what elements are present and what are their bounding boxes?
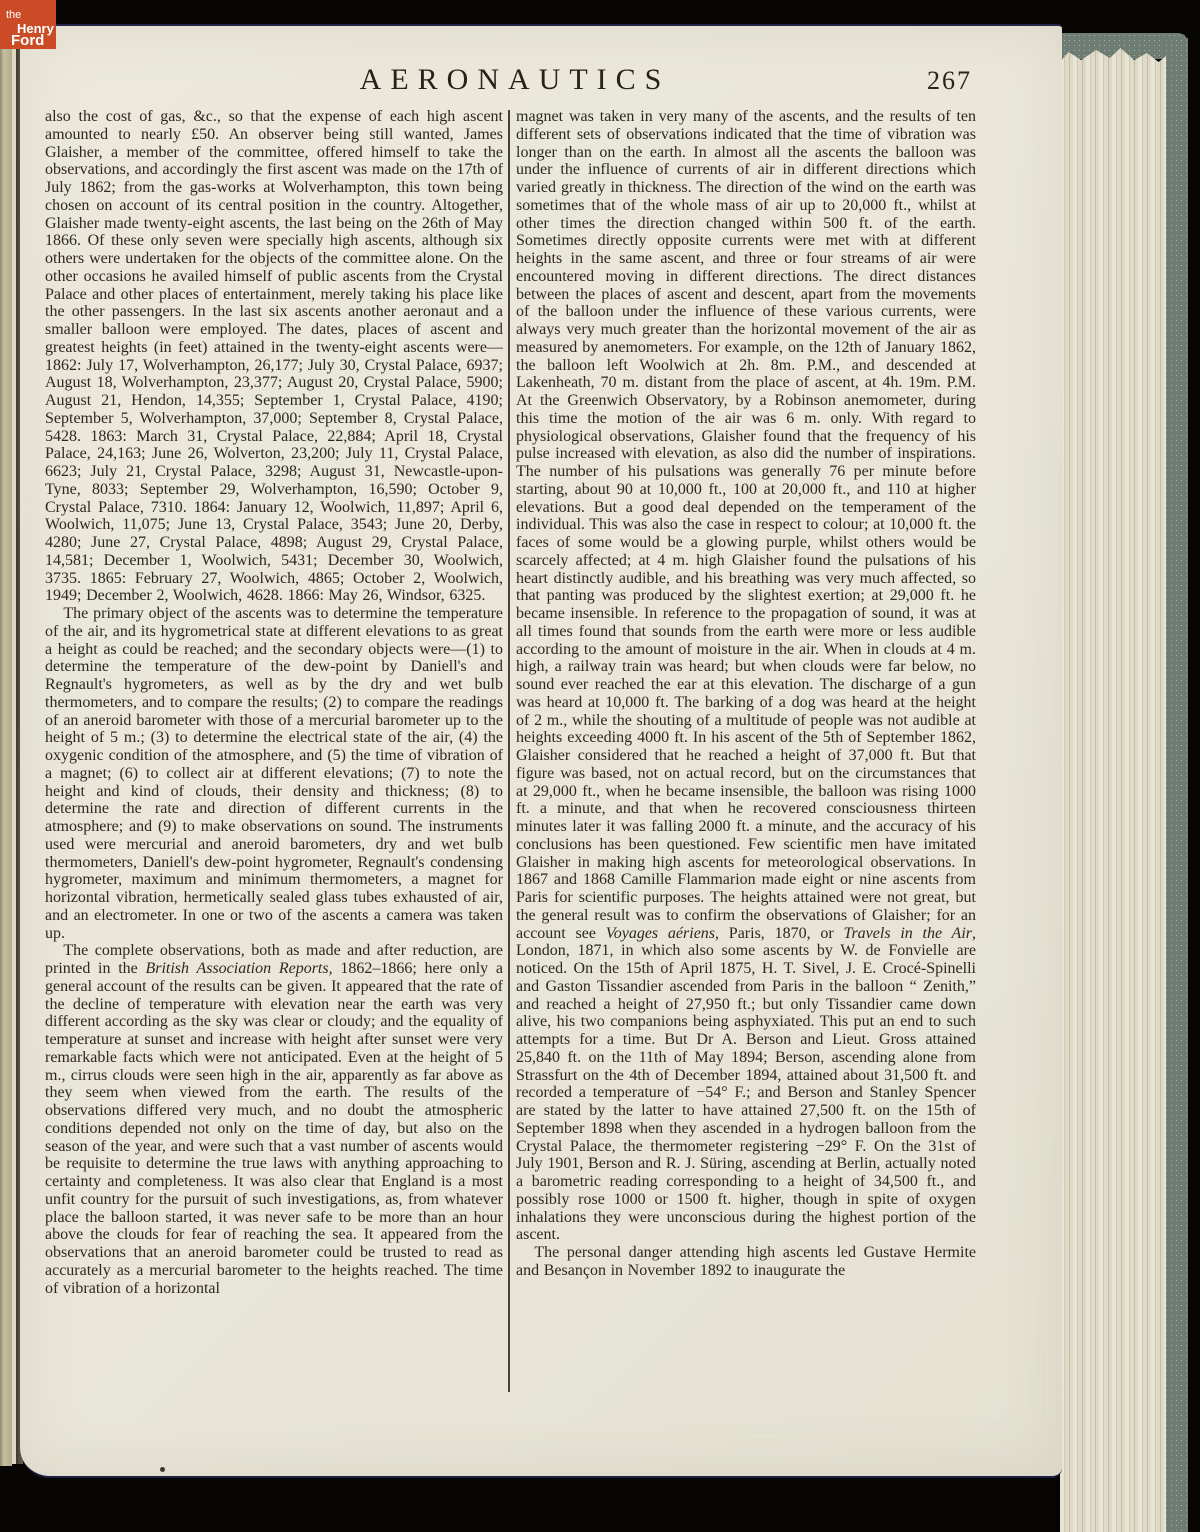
logo-word-ford: Ford: [11, 33, 44, 48]
book-cover-cloth-side: [1164, 38, 1188, 1532]
paragraph: The personal danger attending high ascen…: [516, 1244, 976, 1280]
logo-word-the: the: [6, 10, 21, 21]
italic-text: Travels in the Air: [843, 925, 972, 942]
body-text: , 1862–1866; here only a general account…: [45, 960, 503, 1297]
body-text: also the cost of gas, &c., so that the e…: [45, 108, 503, 604]
page-masthead: AERONAUTICS 267: [45, 60, 976, 108]
paragraph: The complete observations, both as made …: [45, 942, 503, 1297]
ink-speck: [160, 1467, 165, 1472]
book-page: AERONAUTICS 267 also the cost of gas, &c…: [20, 24, 1062, 1478]
left-column: also the cost of gas, &c., so that the e…: [45, 108, 503, 1392]
paragraph: The primary object of the ascents was to…: [45, 605, 503, 942]
body-text: , London, 1871, in which also some ascen…: [516, 925, 976, 1244]
body-text: , Paris, 1870, or: [715, 925, 843, 942]
italic-text: Voyages aériens: [606, 925, 715, 942]
page-content: AERONAUTICS 267 also the cost of gas, &c…: [45, 60, 976, 1392]
body-text: The personal danger attending high ascen…: [516, 1244, 976, 1279]
body-text: magnet was taken in very many of the asc…: [516, 108, 976, 942]
italic-text: British Association Reports: [145, 960, 328, 977]
column-rule: [508, 110, 510, 1392]
body-text: The primary object of the ascents was to…: [45, 605, 503, 942]
text-columns: also the cost of gas, &c., so that the e…: [45, 108, 976, 1392]
paragraph: magnet was taken in very many of the asc…: [516, 108, 976, 1244]
right-column: magnet was taken in very many of the asc…: [516, 108, 976, 1392]
book-gutter-edge: [0, 16, 12, 1466]
henry-ford-logo: the Henry Ford: [0, 0, 56, 49]
paragraph: also the cost of gas, &c., so that the e…: [45, 108, 503, 605]
page-title: AERONAUTICS: [45, 60, 976, 100]
page-number: 267: [927, 66, 972, 96]
book-fore-edge-pages: [1060, 48, 1166, 1532]
